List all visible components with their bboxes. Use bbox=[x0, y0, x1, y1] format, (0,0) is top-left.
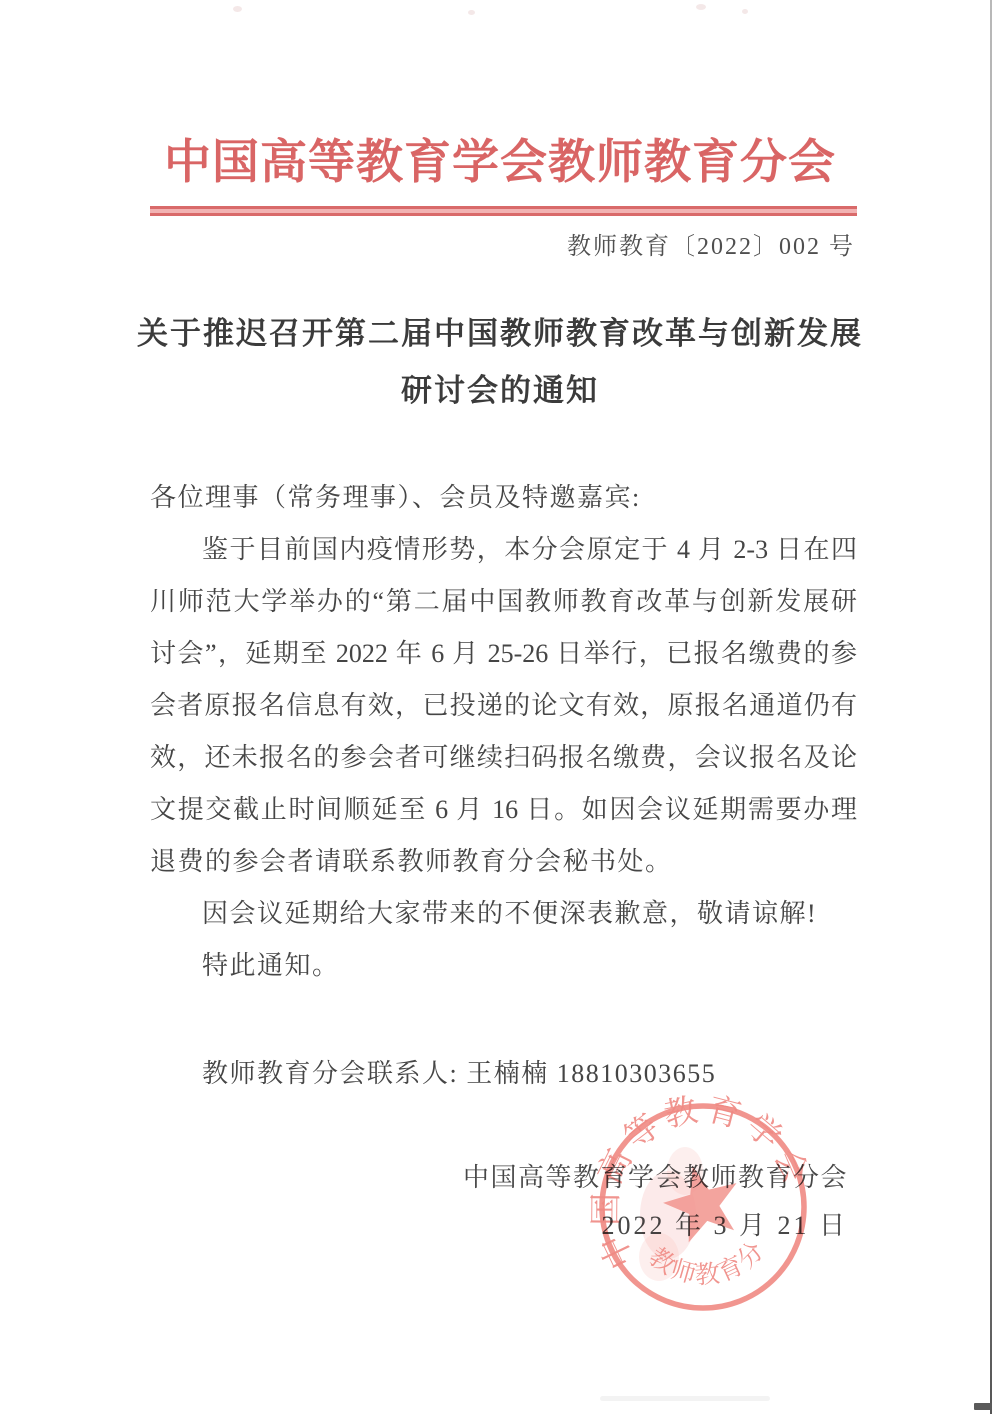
body-line: 效，还未报名的参会者可继续扫码报名缴费，会议报名及论 bbox=[150, 732, 857, 784]
scan-speck bbox=[742, 9, 748, 14]
document-number: 教师教育〔2022〕002 号 bbox=[567, 230, 855, 264]
body-line: 特此通知。 bbox=[150, 940, 857, 992]
body-line: 会者原报名信息有效，已投递的论文有效，原报名通道仍有 bbox=[150, 680, 857, 732]
body-line: 文提交截止时间顺延至 6 月 16 日。如因会议延期需要办理 bbox=[150, 784, 857, 836]
scan-speck bbox=[233, 6, 242, 12]
body-line: 因会议延期给大家带来的不便深表歉意，敬请谅解! bbox=[150, 888, 857, 940]
body-lines: 各位理事（常务理事）、会员及特邀嘉宾:鉴于目前国内疫情形势，本分会原定于 4 月… bbox=[150, 472, 857, 992]
scan-speck bbox=[468, 10, 475, 15]
scan-page-edge bbox=[990, 0, 992, 1414]
letterhead-org-title: 中国高等教育学会教师教育分会 bbox=[0, 132, 1000, 194]
scan-smudge bbox=[600, 1396, 770, 1401]
body-line: 讨会”，延期至 2022 年 6 月 25-26 日举行，已报名缴费的参 bbox=[150, 628, 857, 680]
notice-title-line1: 关于推迟召开第二届中国教师教育改革与创新发展 bbox=[0, 314, 1000, 354]
letterhead-divider-rule bbox=[150, 206, 857, 216]
body-line: 川师范大学举办的“第二届中国教师教育改革与创新发展研 bbox=[150, 576, 857, 628]
notice-title-line2: 研讨会的通知 bbox=[0, 371, 1000, 411]
body-line: 鉴于目前国内疫情形势，本分会原定于 4 月 2-3 日在四 bbox=[150, 524, 857, 576]
scanned-notice-page: 中国高等教育学会教师教育分会 教师教育〔2022〕002 号 关于推迟召开第二届… bbox=[0, 0, 1000, 1414]
body-line: 各位理事（常务理事）、会员及特邀嘉宾: bbox=[150, 472, 857, 524]
body-line: 退费的参会者请联系教师教育分会秘书处。 bbox=[150, 836, 857, 888]
official-seal: 中国高等教育学会 教师教育分会 bbox=[563, 1067, 843, 1347]
scan-page-edge-foot bbox=[974, 1403, 992, 1410]
scan-speck bbox=[696, 4, 706, 10]
